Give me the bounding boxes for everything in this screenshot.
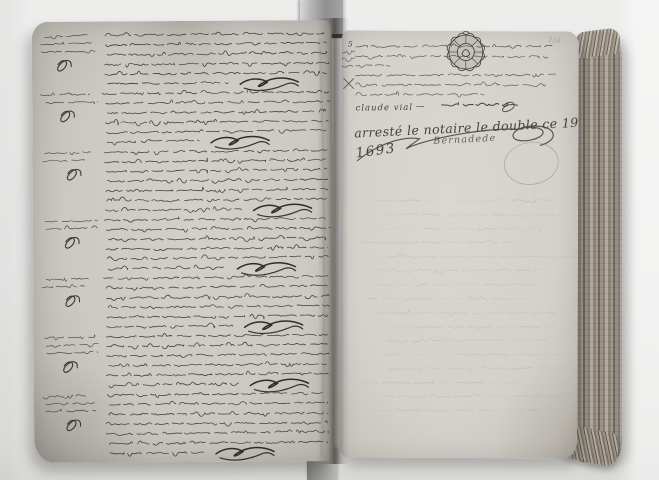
handwriting-stroke [382,84,412,86]
handwriting-stroke [300,315,315,317]
handwriting-stroke [152,217,179,220]
handwriting-stroke [502,242,515,243]
handwriting-stroke [67,169,81,180]
handwriting-stroke [195,73,209,75]
handwriting-stroke [448,74,469,76]
handwriting-stroke [105,64,121,66]
handwriting-stroke [254,442,263,443]
handwriting-stroke [197,53,216,55]
handwriting-stroke [444,228,461,229]
handwriting-stroke [282,373,312,376]
handwriting-stroke [76,395,86,397]
handwriting-stroke [428,338,449,341]
handwriting-stroke [327,101,330,102]
handwriting-stroke [247,305,260,307]
handwriting-stroke [495,268,511,270]
handwriting-stroke [485,74,503,77]
handwriting-stroke [69,42,92,43]
handwriting-stroke [448,93,478,97]
handwriting-stroke [164,122,184,125]
handwriting-stroke [46,102,64,103]
handwriting-stroke [401,213,419,215]
fiscal-stamp-ornament [447,31,485,71]
handwriting-stroke [225,168,248,173]
handwriting-stroke [157,333,171,336]
handwriting-stroke [138,209,150,211]
handwriting-stroke [130,131,158,133]
handwriting-stroke [212,32,239,35]
handwriting-stroke [231,431,256,433]
handwriting-stroke [508,56,525,58]
handwriting-stroke [231,442,251,444]
handwriting-stroke [414,84,440,85]
handwriting-stroke [105,162,119,163]
handwriting-stroke [392,310,410,314]
handwriting-stroke [194,265,224,270]
handwriting-stroke [477,197,506,203]
handwriting-stroke [549,74,556,75]
handwriting-stroke [176,382,205,385]
handwriting-stroke [127,189,152,192]
handwriting-stroke [268,315,296,316]
handwriting-stroke [134,102,143,103]
handwriting-stroke [163,384,172,385]
handwriting-stroke [137,394,148,397]
handwriting-stroke [191,452,204,453]
handwriting-stroke [189,150,206,152]
handwriting-stroke [423,214,441,215]
handwriting-stroke [166,306,196,308]
attestation-dash: — [416,102,425,112]
handwriting-stroke [439,312,468,315]
handwriting-stroke [138,403,151,405]
handwriting-stroke [207,199,219,202]
handwriting-stroke [185,432,210,434]
handwriting-stroke [211,226,229,229]
handwriting-stroke [167,355,192,358]
handwriting-stroke [243,32,263,34]
handwriting-stroke [281,42,303,43]
handwriting-stroke [106,119,119,125]
handwriting-stroke [276,91,304,93]
handwriting-stroke [431,56,441,57]
handwriting-stroke [299,237,326,241]
handwriting-stroke [383,382,410,384]
handwriting-stroke [178,90,197,94]
handwriting-stroke [42,51,62,53]
handwriting-stroke [248,102,259,103]
handwriting-stroke [287,237,296,238]
handwriting-stroke [323,72,327,73]
handwriting-stroke [544,353,561,355]
handwriting-stroke [169,287,179,288]
handwriting-stroke [539,256,559,257]
handwriting-stroke [161,295,190,298]
handwriting-stroke [276,227,297,229]
handwriting-stroke [228,402,247,405]
handwriting-stroke [240,78,298,87]
handwriting-stroke [162,345,184,349]
handwriting-stroke [529,56,539,59]
handwriting-stroke [229,237,254,242]
handwriting-stroke [234,315,245,316]
handwriting-stroke [389,368,400,371]
handwriting-stroke [523,84,546,87]
handwriting-stroke [107,180,125,182]
handwriting-stroke [397,396,427,398]
handwriting-stroke [124,219,148,222]
handwriting-stroke [199,236,225,240]
left-manuscript-page [32,20,335,463]
handwriting-stroke [532,396,543,397]
handwriting-stroke [545,326,554,328]
handwriting-stroke [110,453,124,454]
handwriting-stroke [544,56,548,58]
handwriting-stroke [452,339,477,341]
handwriting-stroke [512,367,532,369]
handwriting-stroke [173,160,196,162]
handwriting-stroke [249,326,303,334]
handwriting-stroke [256,276,267,277]
handwriting-stroke [46,228,61,230]
handwriting-stroke [270,158,285,161]
handwriting-stroke [250,314,264,319]
handwriting-stroke [64,362,78,373]
handwriting-stroke [177,413,186,414]
handwriting-stroke [164,83,178,84]
handwriting-stroke [417,94,443,95]
handwriting-stroke [413,340,425,343]
handwriting-stroke [187,422,217,425]
handwriting-stroke [476,103,499,105]
handwriting-stroke [307,412,323,414]
handwriting-stroke [532,312,543,313]
handwriting-stroke [126,288,137,291]
handwriting-stroke [356,55,383,59]
handwriting-stroke [281,363,301,366]
handwriting-stroke [422,45,447,47]
handwriting-stroke [264,179,280,181]
handwriting-stroke [491,298,514,299]
handwriting-stroke [108,113,118,114]
handwriting-stroke [507,213,534,217]
handwriting-stroke [194,295,210,299]
handwriting-stroke [147,452,169,453]
handwriting-stroke [92,226,97,228]
handwriting-stroke [215,373,243,375]
handwriting-stroke [168,238,195,240]
handwriting-stroke [210,344,223,346]
handwriting-stroke [510,284,534,285]
handwriting-stroke [135,199,149,201]
handwriting-stroke [189,343,205,346]
handwriting-stroke [566,354,570,355]
handwriting-stroke [300,218,316,219]
handwriting-stroke [129,316,144,318]
handwriting-stroke [464,229,474,230]
handwriting-stroke [171,111,196,114]
handwriting-stroke [426,410,452,411]
handwriting-stroke [275,412,304,414]
handwriting-stroke [232,229,243,230]
handwriting-stroke [324,92,329,93]
handwriting-stroke [212,179,242,184]
fore-edge-top-corner [576,27,620,58]
handwriting-stroke [95,220,98,221]
handwriting-stroke [538,284,541,285]
handwriting-stroke [106,355,126,357]
handwriting-stroke [140,287,164,290]
handwriting-stroke [183,287,193,288]
handwriting-stroke [206,131,219,132]
handwriting-stroke [129,54,155,57]
handwriting-stroke [130,355,146,357]
handwriting-stroke [107,297,125,300]
handwriting-stroke [187,248,197,250]
handwriting-stroke [107,344,124,347]
handwriting-stroke [196,354,213,356]
handwriting-stroke [183,82,197,84]
handwriting-stroke [176,100,205,104]
handwriting-stroke [190,441,206,443]
handwriting-stroke [385,214,397,215]
handwriting-stroke [273,150,289,151]
handwriting-stroke [445,214,474,217]
handwriting-stroke [488,354,509,355]
handwriting-stroke [505,74,529,76]
handwriting-stroke [194,316,216,319]
handwriting-stroke [260,284,284,287]
handwriting-stroke [290,256,301,257]
handwriting-stroke [149,326,166,328]
handwriting-stroke [381,228,407,229]
handwriting-stroke [484,284,507,286]
handwriting-stroke [520,326,539,327]
handwriting-stroke [269,110,298,112]
handwriting-stroke [468,326,492,328]
handwriting-stroke [387,254,416,259]
handwriting-stroke [149,121,160,126]
handwriting-stroke [134,34,163,36]
handwriting-stroke [151,355,162,357]
handwriting-stroke [213,296,242,299]
handwriting-stroke [102,93,116,94]
handwriting-stroke [153,277,179,279]
handwriting-stroke [264,100,289,103]
handwriting-stroke [344,78,354,88]
handwriting-stroke [511,394,528,397]
handwriting-stroke [83,152,91,153]
handwriting-stroke [205,277,224,279]
handwriting-stroke [463,31,469,33]
handwriting-stroke [250,403,262,405]
handwriting-stroke [442,102,459,106]
handwriting-stroke [264,305,293,307]
handwriting-stroke [536,214,555,216]
handwriting-stroke [108,83,138,84]
handwriting-stroke [482,366,509,369]
handwriting-stroke [106,336,136,338]
handwriting-stroke [201,255,224,260]
handwriting-stroke [491,214,504,215]
handwriting-stroke [384,395,394,397]
handwriting-stroke [403,298,433,301]
handwriting-stroke [213,207,231,211]
handwriting-stroke [386,54,405,56]
handwriting-stroke [487,312,505,313]
handwriting-stroke [503,228,511,229]
handwriting-stroke [377,200,395,201]
handwriting-stroke [184,199,202,200]
handwriting-stroke [211,170,221,171]
handwriting-stroke [108,305,117,308]
handwriting-stroke [173,150,184,152]
handwriting-stroke [166,140,193,142]
handwriting-stroke [363,382,378,384]
handwriting-stroke [289,72,300,73]
handwriting-stroke [47,352,72,354]
handwriting-stroke [163,316,191,318]
handwriting-stroke [122,306,136,308]
handwriting-stroke [237,263,295,272]
handwriting-stroke [254,204,312,213]
handwriting-stroke [177,187,204,191]
handwriting-stroke [268,246,284,251]
handwriting-stroke [472,312,481,314]
handwriting-stroke [212,393,238,395]
handwriting-stroke [220,423,231,427]
handwriting-stroke [238,160,266,164]
handwriting-stroke [468,296,487,299]
handwriting-stroke [286,33,313,36]
handwriting-stroke [279,51,293,53]
handwriting-stroke [266,441,295,443]
handwriting-stroke [409,228,421,230]
handwriting-stroke [75,351,93,353]
handwriting-stroke [325,168,327,169]
handwriting-stroke [107,132,128,134]
handwriting-stroke [443,242,464,243]
handwriting-stroke [530,410,538,411]
handwriting-stroke [379,270,403,272]
handwriting-stroke [342,51,355,55]
handwriting-stroke [173,257,196,259]
handwriting-stroke [141,239,164,241]
handwriting-stroke [297,52,308,54]
handwriting-stroke [510,199,536,202]
handwriting-stroke [147,93,160,95]
handwriting-stroke [228,306,243,309]
handwriting-stroke [275,430,292,432]
handwriting-stroke [192,392,209,395]
handwriting-stroke [234,92,243,94]
handwriting-stroke [493,44,521,48]
handwriting-stroke [274,218,295,220]
handwriting-stroke [440,256,464,257]
handwriting-stroke [45,153,67,154]
handwriting-stroke [236,364,263,366]
handwriting-stroke [199,44,210,45]
handwriting-stroke [445,83,470,86]
handwriting-stroke [230,383,238,386]
handwriting-stroke [152,63,175,65]
handwriting-stroke [265,362,277,365]
handwriting-stroke [467,256,495,258]
handwriting-stroke [375,65,384,66]
handwriting-stroke [356,92,367,95]
handwriting-stroke [316,276,328,277]
handwriting-stroke [447,368,463,369]
handwriting-stroke [46,278,67,281]
handwriting-stroke [45,36,63,39]
handwriting-stroke [443,200,451,201]
handwriting-stroke [46,345,61,347]
handwriting-stroke [394,242,418,243]
handwriting-stroke [154,151,168,155]
handwriting-stroke [152,199,179,201]
handwriting-stroke [156,401,176,404]
handwriting-stroke [410,56,426,59]
handwriting-stroke [299,441,323,442]
handwriting-stroke [109,382,139,387]
handwriting-stroke [503,85,518,87]
handwriting-stroke [547,312,556,314]
handwriting-stroke [107,54,126,56]
handwriting-stroke [68,102,95,104]
handwriting-stroke [175,394,189,395]
handwriting-stroke [133,267,148,269]
handwriting-stroke [235,209,242,210]
handwriting-stroke [555,368,566,369]
handwriting-stroke [157,52,166,55]
handwriting-stroke [172,423,183,424]
handwriting-stroke [197,286,206,288]
handwriting-stroke [65,237,79,248]
handwriting-stroke [218,354,236,355]
handwriting-stroke [71,278,88,279]
handwriting-stroke [42,287,53,288]
handwriting-stroke [219,316,229,318]
handwriting-stroke [240,286,254,288]
handwriting-stroke [489,383,500,385]
handwriting-stroke [163,432,182,434]
handwriting-stroke [291,422,320,425]
handwriting-stroke [118,278,148,281]
notary-signature-name: Bernadede [432,133,497,147]
handwriting-stroke [316,62,329,63]
handwriting-stroke [225,83,228,84]
handwriting-stroke [155,190,173,191]
handwriting-stroke [468,240,497,243]
handwriting-stroke [384,354,403,355]
handwriting-stroke [480,339,504,341]
handwriting-stroke [142,83,159,85]
handwriting-stroke [370,94,381,95]
handwriting-stroke [153,442,163,445]
handwriting-stroke [293,149,308,151]
handwriting-stroke [212,159,235,163]
handwriting-stroke [246,371,255,374]
handwriting-stroke [517,298,531,299]
handwriting-stroke [242,63,256,67]
handwriting-stroke [413,380,433,383]
handwriting-stroke [153,267,161,269]
handwriting-stroke [166,228,188,232]
handwriting-stroke [213,72,241,74]
handwriting-stroke [215,142,269,150]
handwriting-stroke [65,51,95,54]
handwriting-stroke [131,257,148,260]
